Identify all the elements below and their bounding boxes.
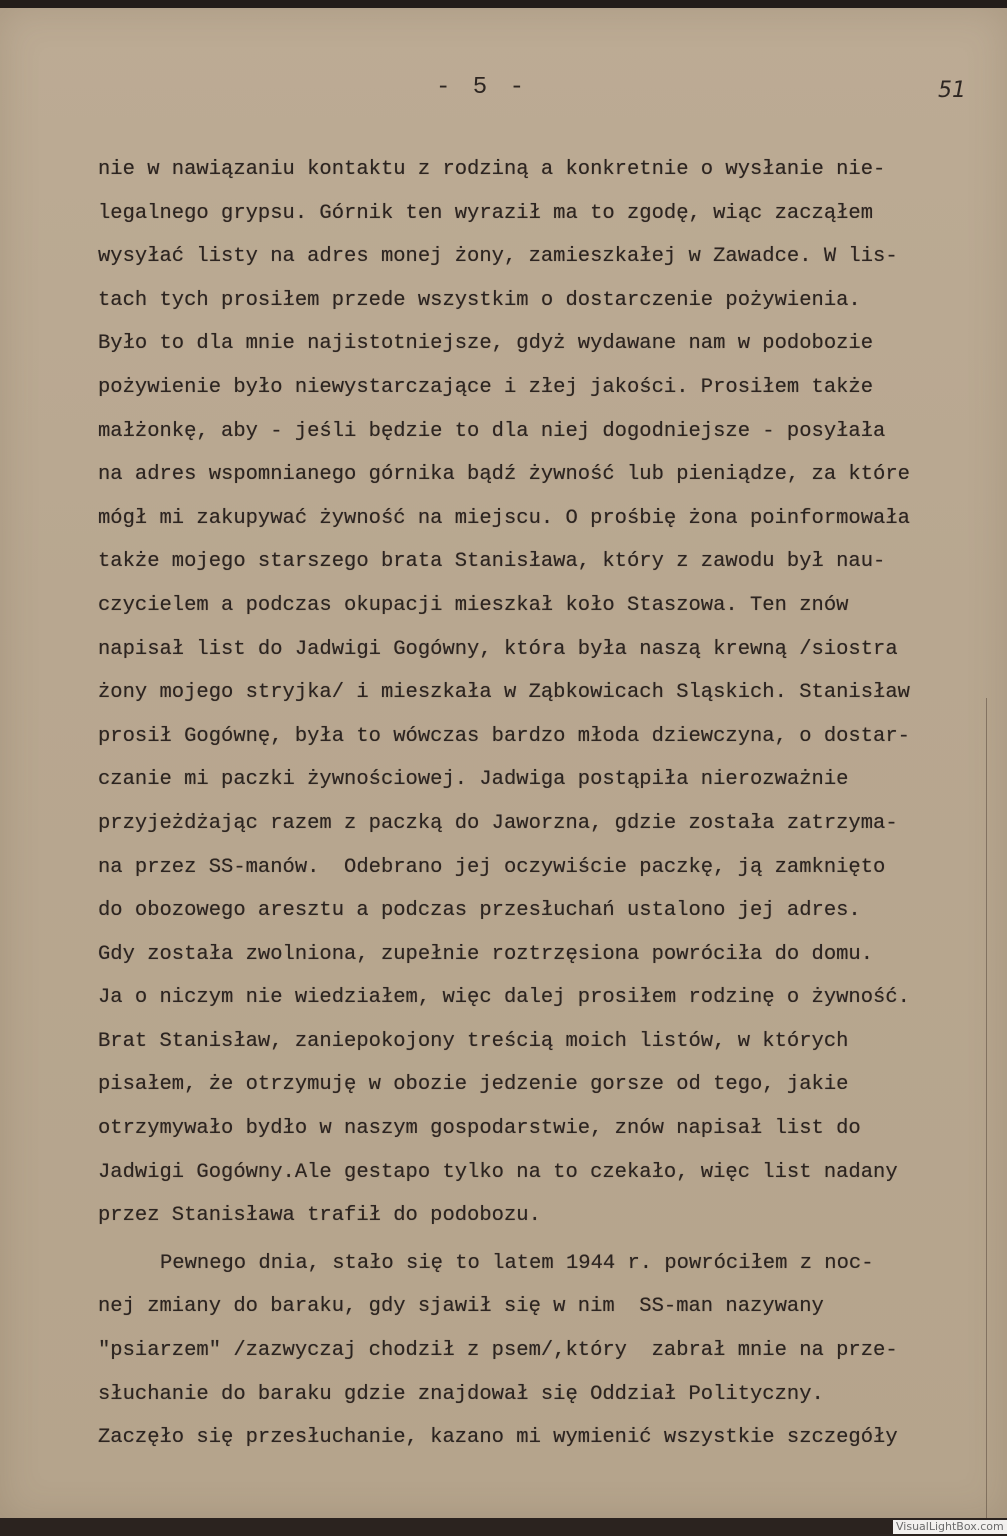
text-line: napisał list do Jadwigi Gogówny, która b… [98,628,988,672]
text-line: legalnego grypsu. Górnik ten wyraził ma … [98,192,988,236]
page-number: - 5 - [436,74,528,101]
text-line: pisałem, że otrzymuję w obozie jedzenie … [98,1063,988,1107]
text-line: czycielem a podczas okupacji mieszkał ko… [98,584,988,628]
watermark: VisualLightBox.com [893,1520,1007,1534]
text-line: otrzymywało bydło w naszym gospodarstwie… [98,1107,988,1151]
text-line: Pewnego dnia, stało się to latem 1944 r.… [98,1242,988,1286]
text-line: nie w nawiązaniu kontaktu z rodziną a ko… [98,148,988,192]
text-line: czanie mi paczki żywnościowej. Jadwiga p… [98,758,988,802]
text-line: przyjeżdżając razem z paczką do Jaworzna… [98,802,988,846]
text-line: tach tych prosiłem przede wszystkim o do… [98,279,988,323]
text-line: przez Stanisława trafił do podobozu. [98,1194,988,1238]
text-line: mógł mi zakupywać żywność na miejscu. O … [98,497,988,541]
text-line: Było to dla mnie najistotniejsze, gdyż w… [98,322,988,366]
text-line: Zaczęło się przesłuchanie, kazano mi wym… [98,1416,988,1460]
text-line: pożywienie było niewystarczające i złej … [98,366,988,410]
text-line: także mojego starszego brata Stanisława,… [98,540,988,584]
text-line: nej zmiany do baraku, gdy sjawił się w n… [98,1285,988,1329]
text-line: wysyłać listy na adres monej żony, zamie… [98,235,988,279]
text-line: małżonkę, aby - jeśli będzie to dla niej… [98,410,988,454]
document-body: nie w nawiązaniu kontaktu z rodziną a ko… [98,148,988,1460]
text-line: Gdy została zwolniona, zupełnie roztrzęs… [98,933,988,977]
text-line: żony mojego stryjka/ i mieszkała w Ząbko… [98,671,988,715]
text-line: do obozowego aresztu a podczas przesłuch… [98,889,988,933]
document-page: - 5 - 51 nie w nawiązaniu kontaktu z rod… [0,8,1007,1520]
text-line: Ja o niczym nie wiedziałem, więc dalej p… [98,976,988,1020]
text-line: Jadwigi Gogówny.Ale gestapo tylko na to … [98,1151,988,1195]
paragraph: nie w nawiązaniu kontaktu z rodziną a ko… [98,148,988,1238]
text-line: na przez SS-manów. Odebrano jej oczywiśc… [98,846,988,890]
text-line: na adres wspomnianego górnika bądź żywno… [98,453,988,497]
paragraph: Pewnego dnia, stało się to latem 1944 r.… [98,1238,988,1460]
scan-bottom-border [0,1518,1007,1536]
text-line: Brat Stanisław, zaniepokojony treścią mo… [98,1020,988,1064]
text-line: słuchanie do baraku gdzie znajdował się … [98,1373,988,1417]
archive-page-number: 51 [938,78,966,103]
text-line: prosił Gogównę, była to wówczas bardzo m… [98,715,988,759]
text-line: "psiarzem" /zazwyczaj chodził z psem/,kt… [98,1329,988,1373]
